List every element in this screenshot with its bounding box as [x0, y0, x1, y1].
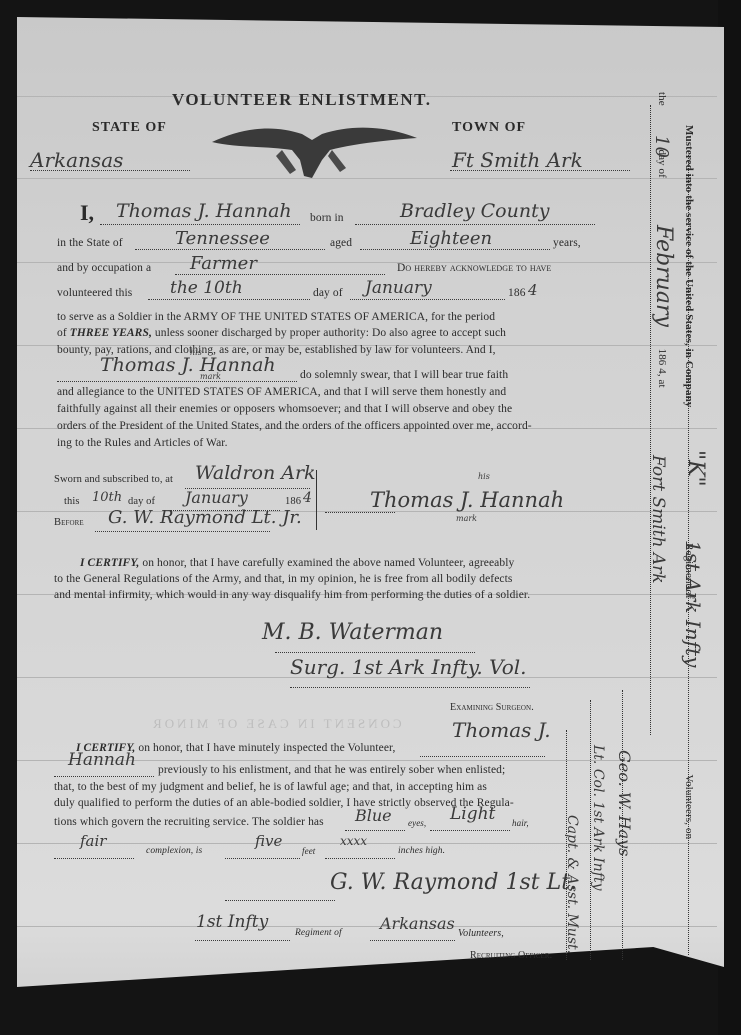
volunteered-label: volunteered this — [57, 287, 132, 299]
recruiter-signature: G. W. Raymond 1st Lt. — [330, 870, 577, 895]
eagle-emblem-icon — [212, 120, 417, 180]
recruiter-state-line — [370, 928, 455, 941]
years-label: years, — [553, 237, 581, 249]
state-of-birth-label: in the State of — [57, 237, 123, 249]
month-field-line — [350, 287, 505, 300]
recruiter-text: on honor, that I have minutely inspected… — [138, 742, 395, 754]
inspected-volunteer-name: Thomas J. — [452, 718, 551, 742]
three-years-text: THREE YEARS, — [70, 327, 152, 339]
form-title: VOLUNTEER ENLISTMENT. — [172, 90, 431, 110]
oath-text-line: orders of the President of the United St… — [57, 420, 532, 432]
eyes-label: eyes, — [408, 818, 426, 828]
ruled-line — [17, 926, 717, 927]
complexion-label: complexion, is — [146, 846, 202, 856]
surgeon-certify-line: to the General Regulations of the Army, … — [54, 573, 513, 585]
regiment-of-label: Regiment of — [295, 928, 342, 938]
certify-lead: I CERTIFY, — [80, 557, 139, 569]
state-of-label: STATE OF — [92, 120, 167, 136]
text-discharge: unless sooner discharged by proper autho… — [155, 327, 506, 339]
regiment-line — [195, 928, 290, 941]
oath-his-annotation: his — [190, 348, 202, 357]
sworn-day-of-label: day of — [128, 496, 155, 507]
mustered-text-a: Mustered into the service of the United … — [683, 125, 695, 407]
text-of: of — [57, 327, 67, 339]
before-label: Before — [54, 517, 84, 528]
sworn-year-suffix: 4 — [303, 490, 312, 506]
signature-his-annotation: his — [478, 472, 490, 481]
recruiter-signature-line — [225, 888, 335, 901]
signature-mark-annotation: mark — [456, 514, 477, 523]
volunteer-name-line — [420, 744, 545, 757]
muster-note: Capt. & Asst. Must. — [564, 815, 580, 954]
enlistment-text-line: to serve as a Soldier in the ARMY OF THE… — [57, 311, 495, 323]
signature-line — [325, 500, 395, 513]
eyes-line — [345, 818, 405, 831]
state-field-line — [30, 158, 190, 171]
mustered-the: the — [656, 92, 668, 106]
mustered-day-value: 10 — [651, 135, 672, 158]
mustered-place-value: Fort Smith Ark — [648, 455, 668, 584]
inches-label: inches high. — [398, 846, 445, 856]
town-of-label: TOWN OF — [452, 120, 526, 136]
oath-mark-annotation: mark — [200, 372, 221, 381]
sworn-this-label: this — [64, 496, 80, 507]
surname-line — [54, 764, 154, 777]
name-field-line — [100, 212, 300, 225]
i-label: I, — [80, 200, 94, 226]
sworn-year-prefix: 186 — [285, 496, 301, 507]
volunteers-label: Volunteers, — [458, 928, 504, 939]
sworn-bracket — [316, 470, 317, 530]
recruiter-certify-line: that, to the best of my judgment and bel… — [54, 781, 487, 793]
oath-text-line: do solemnly swear, that I will bear true… — [300, 369, 508, 381]
oath-text-line: faithfully against all their enemies or … — [57, 403, 512, 415]
feet-line — [225, 846, 300, 859]
occupation-label: and by occupation a — [57, 262, 151, 274]
volunteered-field-line — [148, 287, 310, 300]
mustered-regiment-value: 1st Ark Infty — [681, 540, 705, 667]
surgeon-signature-line — [275, 640, 475, 653]
muster-note: Lt. Col. 1st Ark Infty — [590, 745, 606, 891]
enlistment-text-line: of THREE YEARS, unless sooner discharged… — [57, 327, 506, 339]
day-of-label: day of — [313, 287, 343, 299]
hair-line — [430, 818, 510, 831]
mustered-month-value: February — [651, 225, 676, 327]
oath-text-line: and allegiance to the UNITED STATES OF A… — [57, 386, 506, 398]
bleed-through-heading: CONSENT IN CASE OF MINOR — [150, 716, 402, 732]
mustered-year: 186 4, at — [656, 349, 668, 388]
mustered-company-value: "K" — [683, 450, 708, 487]
born-in-field-line — [355, 212, 595, 225]
aged-label: aged — [330, 237, 352, 249]
state-of-birth-line — [135, 237, 325, 250]
sworn-label: Sworn and subscribed to, at — [54, 474, 173, 485]
oath-name-line — [57, 369, 297, 382]
complexion-line — [54, 846, 134, 859]
inches-line — [325, 846, 395, 859]
age-field-line — [360, 237, 550, 250]
sworn-day: 10th — [92, 490, 122, 505]
muster-note: Geo. W. Hays — [615, 750, 634, 856]
occupation-field-line — [175, 262, 385, 275]
surgeon-title-line — [290, 675, 530, 688]
surgeon-text: on honor, that I have carefully examined… — [142, 557, 514, 569]
mustered-text-c: Volunteers, on — [683, 774, 695, 839]
feet-label: feet — [302, 846, 315, 856]
recruiter-certify-line: duly qualified to perform the duties of … — [54, 797, 514, 809]
strip-dotted-line — [650, 105, 651, 735]
surgeon-certify-line: and mental infirmity, which would in any… — [54, 589, 530, 601]
oath-text-line: ing to the Rules and Articles of War. — [57, 437, 228, 449]
before-line — [95, 519, 270, 532]
acknowledge-text: Do hereby acknowledge to have — [397, 262, 551, 274]
recruiting-officer-label: Recruiting Officer. — [470, 950, 552, 961]
examining-surgeon-label: Examining Surgeon. — [450, 702, 534, 713]
town-field-line — [450, 158, 630, 171]
born-in-label: born in — [310, 212, 344, 224]
surgeon-certify-line: I CERTIFY, on honor, that I have careful… — [80, 557, 514, 569]
year-suffix: 4 — [528, 281, 538, 299]
volunteer-signature: Thomas J. Hannah — [370, 488, 564, 512]
recruiter-certify-line: tions which govern the recruiting servic… — [54, 816, 324, 828]
recruiter-certify-line: previously to his enlistment, and that h… — [158, 764, 505, 776]
hair-label: hair, — [512, 818, 529, 828]
year-prefix: 186 — [508, 287, 526, 299]
